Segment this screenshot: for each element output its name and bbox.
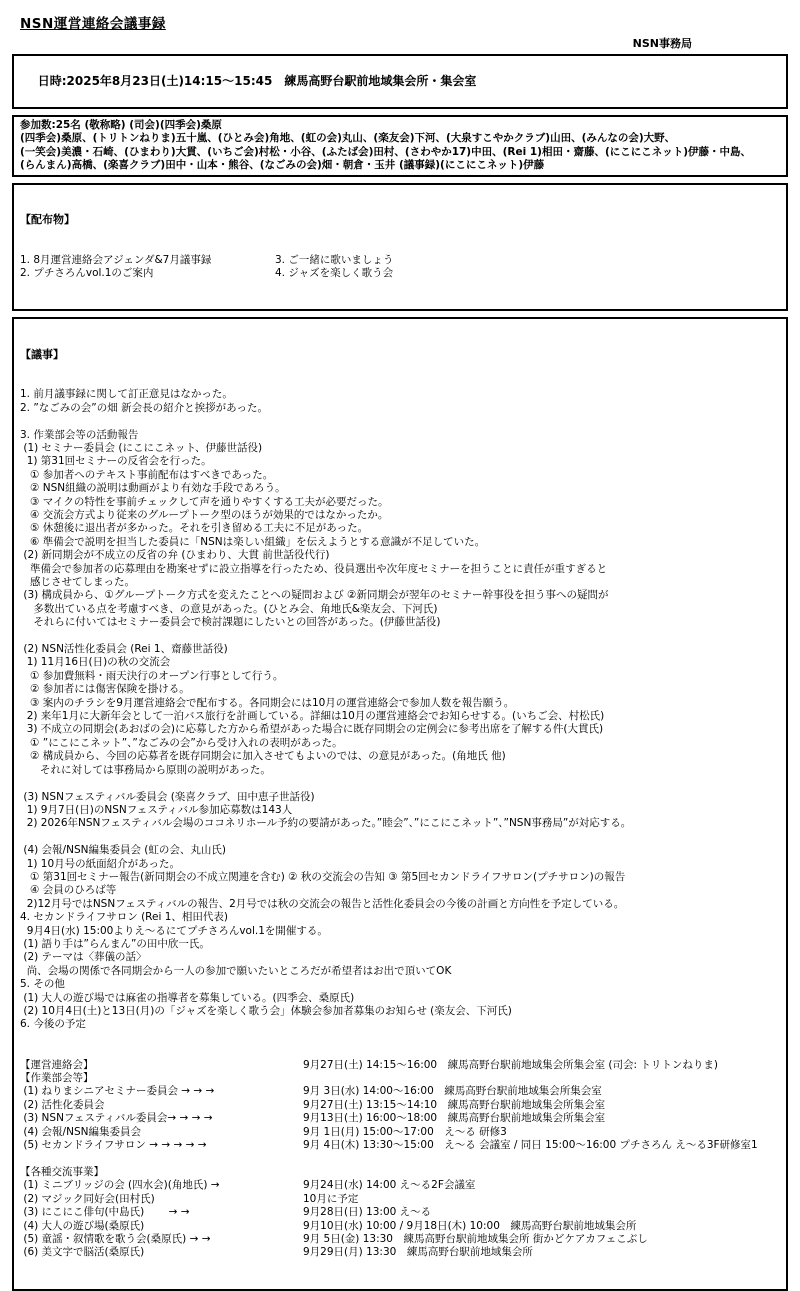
minutes-line: 2. ”なごみの会”の畑 新会長の紹介と挨拶があった。 — [20, 402, 780, 415]
participants-box: 参加数:25名 (敬称略) (司会)(四季会)桑原(四季会)桑原、(トリトンねり… — [12, 115, 788, 177]
schedule-rows: 【運営連絡会】9月27日(土) 14:15～16:00 練馬高野台駅前地域集会所… — [20, 1059, 780, 1260]
minutes-line: 2)12月号ではNSNフェスティバルの報告、2月号では秋の交流会の報告と活性化委… — [20, 898, 780, 911]
minutes-line: ① 参加者へのテキスト事前配布はすべきであった。 — [20, 469, 780, 482]
schedule-row: (2) 活性化委員会9月27日(土) 13:15～14:10 練馬高野台駅前地域… — [20, 1099, 780, 1112]
minutes-box: 【議事】 1. 前月議事録に関して訂正意見はなかった。2. ”なごみの会”の畑 … — [12, 317, 788, 1290]
handout-item: 1. 8月運営連絡会アジェンダ&7月議事録 — [20, 254, 275, 267]
minutes-line: (1) 語り手は”らんまん”の田中欣一氏。 — [20, 938, 780, 951]
minutes-line: (2) 10月4日(土)と13日(月)の「ジャズを楽しく歌う会」体験会参加者募集… — [20, 1005, 780, 1018]
minutes-line — [20, 630, 780, 643]
handout-item: 3. ご一緒に歌いましょう — [275, 254, 393, 267]
minutes-line: 多数出ている点を考慮すべき、の意見があった。(ひとみ会、角地氏&楽友会、下河氏) — [20, 603, 780, 616]
minutes-line: 3. 作業部会等の活動報告 — [20, 429, 780, 442]
handouts-columns: 1. 8月運営連絡会アジェンダ&7月議事録2. プチさろんvol.1のご案内 3… — [20, 254, 780, 281]
schedule-row-label: 【運営連絡会】 — [20, 1059, 303, 1072]
minutes-line: ① ”にこにこネット”、”なごみの会”から受け入れの表明があった。 — [20, 737, 780, 750]
schedule-row: (2) マジック同好会(田村氏)10月に予定 — [20, 1193, 780, 1206]
minutes-line: 5. その他 — [20, 978, 780, 991]
minutes-line: 3) 不成立の同期会(あおばの会)に応募した方から希望があった場合に既存同期会の… — [20, 723, 780, 736]
minutes-line: ④ 会員のひろば等 — [20, 884, 780, 897]
minutes-line — [20, 415, 780, 428]
minutes-line: 9月4日(水) 15:00よりえ～るにてプチさろんvol.1を開催する。 — [20, 925, 780, 938]
minutes-line: 尚、会場の関係で各同期会から一人の参加で願いたいところだが希望者はお出で頂いてO… — [20, 965, 780, 978]
schedule-row-detail — [303, 1152, 780, 1165]
participants-line: (四季会)桑原、(トリトンねりま)五十嵐、(ひとみ会)角地、(虹の会)丸山、(楽… — [20, 132, 780, 145]
handouts-heading: 【配布物】 — [20, 213, 780, 226]
minutes-line: 1. 前月議事録に関して訂正意見はなかった。 — [20, 388, 780, 401]
org-name: NSN事務局 — [12, 35, 788, 51]
schedule-row-label: (2) 活性化委員会 — [20, 1099, 303, 1112]
handout-item: 2. プチさろんvol.1のご案内 — [20, 267, 275, 280]
schedule-row-detail: 10月に予定 — [303, 1193, 780, 1206]
schedule-row-detail: 9月 1日(月) 15:00～17:00 え～る 研修3 — [303, 1126, 780, 1139]
participants-line: (らんまん)高橋、(楽喜クラブ)田中・山本・熊谷、(なごみの会)畑・朝倉・玉井 … — [20, 159, 780, 172]
minutes-line: 6. 今後の予定 — [20, 1018, 780, 1031]
schedule-row-detail: 9月10日(水) 10:00 / 9月18日(木) 10:00 練馬高野台駅前地… — [303, 1220, 780, 1233]
schedule-row: (1) ねりまシニアセミナー委員会 → → →9月 3日(水) 14:00～16… — [20, 1085, 780, 1098]
minutes-line: ② NSN組織の説明は動画がより有効な手段であろう。 — [20, 482, 780, 495]
schedule-row-detail: 9月28日(日) 13:00 え～る — [303, 1206, 780, 1219]
schedule-row-detail: 9月29日(月) 13:30 練馬高野台駅前地域集会所 — [303, 1246, 780, 1259]
schedule-row: (1) ミニブリッジの会 (四水会)(角地氏) →9月24日(水) 14:00 … — [20, 1179, 780, 1192]
handout-item: 4. ジャズを楽しく歌う会 — [275, 267, 393, 280]
minutes-line — [20, 777, 780, 790]
minutes-line: それらに付いてはセミナー委員会で検討課題にしたいとの回答があった。(伊藤世話役) — [20, 616, 780, 629]
minutes-line: ② 参加者には傷害保険を掛ける。 — [20, 683, 780, 696]
minutes-line: ⑥ 準備会で説明を担当した委員に「NSNは楽しい組織」を伝えようとする意識が不足… — [20, 536, 780, 549]
handouts-column-right: 3. ご一緒に歌いましょう4. ジャズを楽しく歌う会 — [275, 254, 393, 281]
schedule-row: (5) セカンドライフサロン → → → → →9月 4日(木) 13:30～1… — [20, 1139, 780, 1152]
schedule-row-detail: 9月 5日(金) 13:30 練馬高野台駅前地域集会所 街かどケアカフェこぶし — [303, 1233, 780, 1246]
schedule-row-label: (5) 童謡・叙情歌を歌う会(桑原氏) → → — [20, 1233, 303, 1246]
schedule-row-detail — [303, 1072, 780, 1085]
schedule-row-label: (1) ミニブリッジの会 (四水会)(角地氏) → — [20, 1179, 303, 1192]
minutes-line: ② 構成員から、今回の応募者を既存同期会に加入させてもよいのでは、の意見があった… — [20, 750, 780, 763]
schedule-row-detail — [303, 1166, 780, 1179]
minutes-line: ⑤ 休憩後に退出者が多かった。それを引き留める工夫に不足があった。 — [20, 522, 780, 535]
minutes-line: ④ 交流会方式より従来のグループトーク型のほうが効果的ではなかったか。 — [20, 509, 780, 522]
schedule-row: (3) にこにこ俳句(中島氏) → →9月28日(日) 13:00 え～る — [20, 1206, 780, 1219]
minutes-line: (1) セミナー委員会 (にこにこネット、伊藤世話役) — [20, 442, 780, 455]
minutes-line: 1) 第31回セミナーの反省会を行った。 — [20, 455, 780, 468]
minutes-line: (2) テーマは〈葬儀の話〉 — [20, 951, 780, 964]
minutes-line: ③ 案内のチラシを9月運営連絡会で配布する。各同期会には10月の運営連絡会で参加… — [20, 697, 780, 710]
minutes-line: 4. セカンドライフサロン (Rei 1、相田代表) — [20, 911, 780, 924]
minutes-line: 2) 2026年NSNフェスティバル会場のココネリホール予約の要請があった。”睦… — [20, 817, 780, 830]
minutes-line: (3) NSNフェスティバル委員会 (楽喜クラブ、田中恵子世話役) — [20, 791, 780, 804]
schedule-row: (3) NSNフェスティバル委員会→ → → →9月13日(土) 16:00～1… — [20, 1112, 780, 1125]
schedule-row-detail: 9月13日(土) 16:00～18:00 練馬高野台駅前地域集会所集会室 — [303, 1112, 780, 1125]
schedule-row: 【運営連絡会】9月27日(土) 14:15～16:00 練馬高野台駅前地域集会所… — [20, 1059, 780, 1072]
schedule-row-label: (2) マジック同好会(田村氏) — [20, 1193, 303, 1206]
participants-line: (一笑会)美濃・石崎、(ひまわり)大貫、(いちご会)村松・小谷、(ふたば会)田村… — [20, 146, 780, 159]
minutes-line: (2) NSN活性化委員会 (Rei 1、齋藤世話役) — [20, 643, 780, 656]
schedule-row: 【作業部会等】 — [20, 1072, 780, 1085]
minutes-line: ③ マイクの特性を事前チェックして声を通りやすくする工夫が必要だった。 — [20, 496, 780, 509]
minutes-line: 1) 10月号の紙面紹介があった。 — [20, 858, 780, 871]
handouts-box: 【配布物】 1. 8月運営連絡会アジェンダ&7月議事録2. プチさろんvol.1… — [12, 183, 788, 312]
schedule-row-label: (6) 美文字で脳活(桑原氏) — [20, 1246, 303, 1259]
minutes-line: 1) 11月16日(日)の秋の交流会 — [20, 656, 780, 669]
schedule-row-detail: 9月 3日(水) 14:00～16:00 練馬高野台駅前地域集会所集会室 — [303, 1085, 780, 1098]
document-page: NSN運営連絡会議事録 NSN事務局 日時:2025年8月23日(土)14:15… — [0, 0, 800, 1291]
minutes-heading: 【議事】 — [20, 348, 780, 361]
minutes-line: ① 第31回セミナー報告(新同期会の不成立関連を含む) ② 秋の交流会の告知 ③… — [20, 871, 780, 884]
minutes-line: 2) 来年1月に大新年会として一泊バス旅行を計画している。詳細は10月の運営連絡… — [20, 710, 780, 723]
participants-line: 参加数:25名 (敬称略) (司会)(四季会)桑原 — [20, 119, 780, 132]
minutes-line: ① 参加費無料・雨天決行のオープン行事として行う。 — [20, 670, 780, 683]
minutes-line: (4) 会報/NSN編集委員会 (虹の会、丸山氏) — [20, 844, 780, 857]
schedule-row-label: (5) セカンドライフサロン → → → → → — [20, 1139, 303, 1152]
schedule-row-label: (3) にこにこ俳句(中島氏) → → — [20, 1206, 303, 1219]
schedule-row: 【各種交流事業】 — [20, 1166, 780, 1179]
schedule-row-detail: 9月24日(水) 14:00 え～る2F会議室 — [303, 1179, 780, 1192]
schedule-row-label — [20, 1152, 303, 1165]
minutes-line — [20, 831, 780, 844]
schedule-row-detail: 9月27日(土) 14:15～16:00 練馬高野台駅前地域集会所集会室 (司会… — [303, 1059, 780, 1072]
minutes-line: 1) 9月7日(日)のNSNフェスティバル参加応募数は143人 — [20, 804, 780, 817]
schedule-row-label: 【作業部会等】 — [20, 1072, 303, 1085]
schedule-row-label: (3) NSNフェスティバル委員会→ → → → — [20, 1112, 303, 1125]
schedule-row: (4) 大人の遊び場(桑原氏)9月10日(水) 10:00 / 9月18日(木)… — [20, 1220, 780, 1233]
minutes-line: それに対しては事務局から原則の説明があった。 — [20, 764, 780, 777]
minutes-line: (1) 大人の遊び場では麻雀の指導者を募集している。(四季会、桑原氏) — [20, 992, 780, 1005]
schedule-row: (5) 童謡・叙情歌を歌う会(桑原氏) → →9月 5日(金) 13:30 練馬… — [20, 1233, 780, 1246]
page-title: NSN運営連絡会議事録 — [20, 12, 788, 32]
schedule-row-detail: 9月27日(土) 13:15～14:10 練馬高野台駅前地域集会所集会室 — [303, 1099, 780, 1112]
minutes-line: (3) 構成員から、①グループトーク方式を変えたことへの疑問および ②新同期会が… — [20, 589, 780, 602]
minutes-line: 準備会で参加者の応募理由を勘案せずに設立指導を行ったため、役員選出や次年度セミナ… — [20, 563, 780, 576]
schedule-row — [20, 1152, 780, 1165]
datetime-box: 日時:2025年8月23日(土)14:15～15:45 練馬高野台駅前地域集会所… — [12, 54, 788, 109]
handouts-column-left: 1. 8月運営連絡会アジェンダ&7月議事録2. プチさろんvol.1のご案内 — [20, 254, 275, 281]
schedule-row-label: (4) 大人の遊び場(桑原氏) — [20, 1220, 303, 1233]
minutes-line: 感じさせてしまった。 — [20, 576, 780, 589]
minutes-lines: 1. 前月議事録に関して訂正意見はなかった。2. ”なごみの会”の畑 新会長の紹… — [20, 388, 780, 1032]
datetime-text: 日時:2025年8月23日(土)14:15～15:45 練馬高野台駅前地域集会所… — [38, 74, 477, 88]
schedule-row: (6) 美文字で脳活(桑原氏)9月29日(月) 13:30 練馬高野台駅前地域集… — [20, 1246, 780, 1259]
schedule-row-label: 【各種交流事業】 — [20, 1166, 303, 1179]
schedule-row-detail: 9月 4日(木) 13:30～15:00 え～る 会議室 / 同日 15:00～… — [303, 1139, 780, 1152]
schedule-row: (4) 会報/NSN編集委員会9月 1日(月) 15:00～17:00 え～る … — [20, 1126, 780, 1139]
schedule-row-label: (1) ねりまシニアセミナー委員会 → → → — [20, 1085, 303, 1098]
schedule-row-label: (4) 会報/NSN編集委員会 — [20, 1126, 303, 1139]
minutes-line: (2) 新同期会が不成立の反省の弁 (ひまわり、大貫 前世話役代行) — [20, 549, 780, 562]
